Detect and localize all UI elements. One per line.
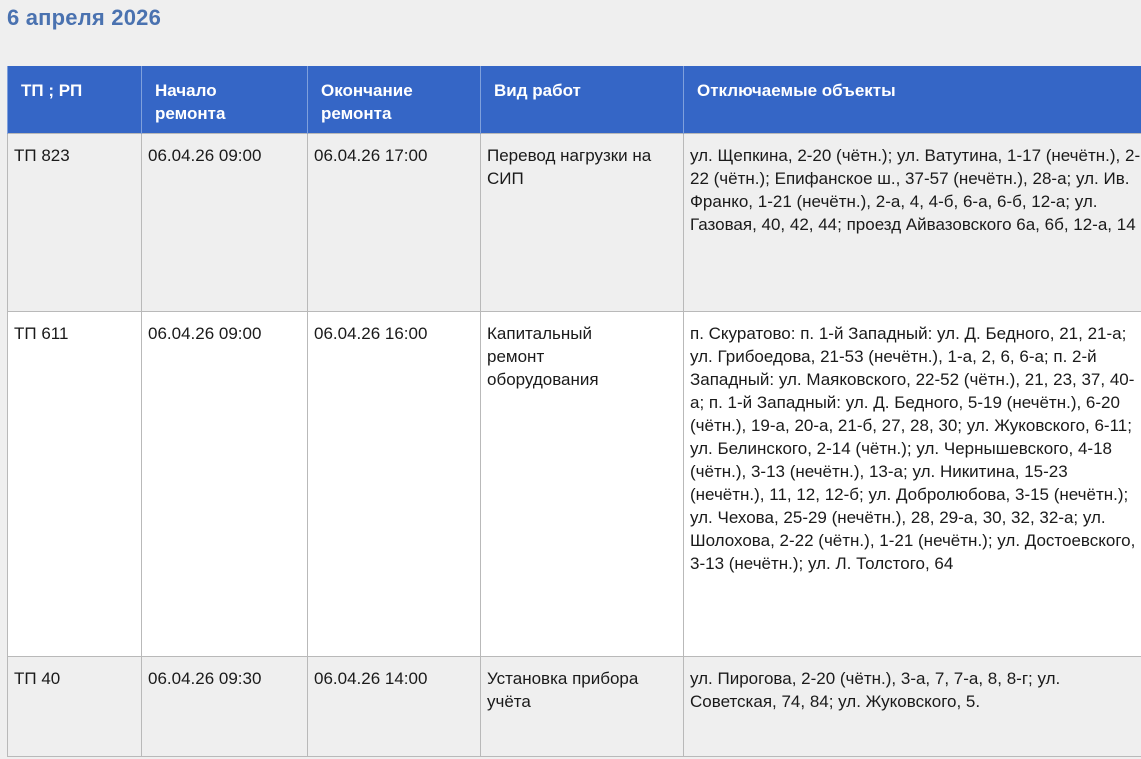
table-row: ТП 611 06.04.26 09:00 06.04.26 16:00 Кап… (8, 312, 1141, 657)
table-row: ТП 40 06.04.26 09:30 06.04.26 14:00 Уста… (8, 657, 1141, 757)
cell-start: 06.04.26 09:00 (142, 134, 308, 312)
table-header-row: ТП ; РП Начало ремонта Окончание ремонта… (8, 66, 1141, 134)
cell-tp: ТП 823 (8, 134, 142, 312)
cell-start: 06.04.26 09:00 (142, 312, 308, 657)
table-row: ТП 823 06.04.26 09:00 06.04.26 17:00 Пер… (8, 134, 1141, 312)
cell-work-type: Установка прибора учёта (481, 657, 684, 757)
cell-tp: ТП 40 (8, 657, 142, 757)
page-title: 6 апреля 2026 (7, 5, 161, 31)
outage-schedule-table: ТП ; РП Начало ремонта Окончание ремонта… (7, 66, 1141, 757)
cell-end: 06.04.26 17:00 (308, 134, 481, 312)
header-end: Окончание ремонта (308, 66, 481, 134)
cell-start: 06.04.26 09:30 (142, 657, 308, 757)
cell-objects: п. Скуратово: п. 1-й Западный: ул. Д. Бе… (684, 312, 1141, 657)
header-tp: ТП ; РП (8, 66, 142, 134)
header-start: Начало ремонта (142, 66, 308, 134)
cell-end: 06.04.26 16:00 (308, 312, 481, 657)
cell-end: 06.04.26 14:00 (308, 657, 481, 757)
cell-tp: ТП 611 (8, 312, 142, 657)
cell-work-type: Капитальный ремонт оборудования (481, 312, 684, 657)
cell-work-type: Перевод нагрузки на СИП (481, 134, 684, 312)
cell-objects: ул. Щепкина, 2-20 (чётн.); ул. Ватутина,… (684, 134, 1141, 312)
header-objects: Отключаемые объекты (684, 66, 1141, 134)
cell-objects: ул. Пирогова, 2-20 (чётн.), 3-а, 7, 7-а,… (684, 657, 1141, 757)
header-work-type: Вид работ (481, 66, 684, 134)
